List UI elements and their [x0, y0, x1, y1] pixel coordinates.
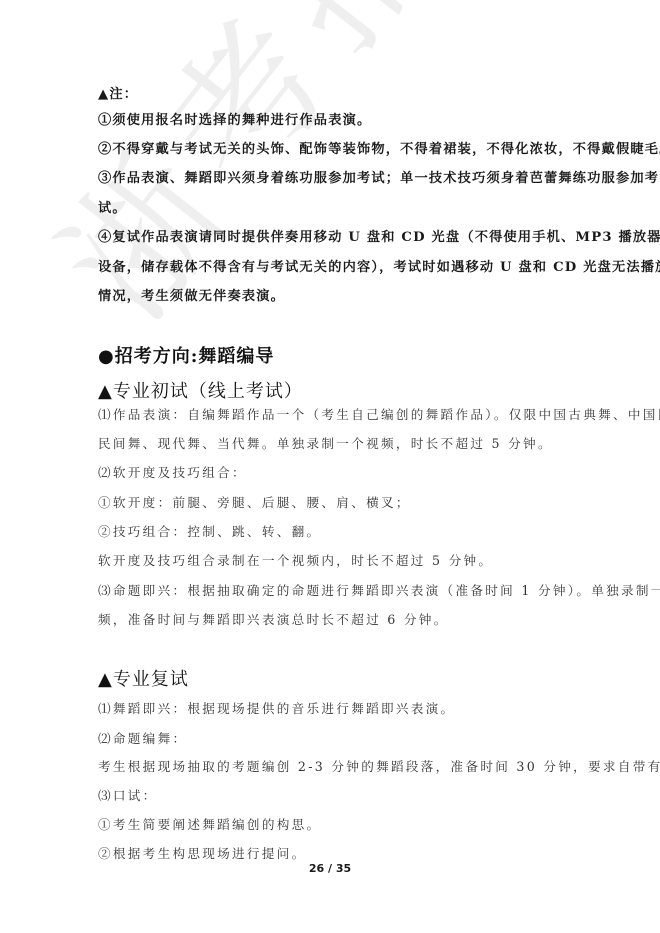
note-item: 试。 [98, 197, 127, 216]
retest-line: ⑵命题编舞： [98, 728, 187, 747]
note-item: ③作品表演、舞蹈即兴须身着练功服参加考试；单一技术技巧须身着芭蕾舞练功服参加考 [98, 167, 659, 186]
preliminary-line: ⑴作品表演：自编舞蹈作品一个（考生自己编创的舞蹈作品）。仅限中国古典舞、中国民族 [98, 404, 660, 423]
note-item: ①须使用报名时选择的舞种进行作品表演。 [98, 109, 371, 128]
page-number: 26 / 35 [0, 862, 660, 875]
notes-title: ▲注： [98, 83, 138, 102]
preliminary-line: 民间舞、现代舞、当代舞。单独录制一个视频，时长不超过 5 分钟。 [98, 433, 553, 452]
document-page: 浙考招办 ▲注： ①须使用报名时选择的舞种进行作品表演。 ②不得穿戴与考试无关的… [0, 0, 660, 933]
preliminary-line: 软开度及技巧组合录制在一个视频内，时长不超过 5 分钟。 [98, 550, 493, 569]
note-item: ④复试作品表演请同时提供伴奏用移动 U 盘和 CD 光盘（不得使用手机、MP3 … [98, 226, 660, 245]
retest-line: 考生根据现场抽取的考题编创 2-3 分钟的舞蹈段落，准备时间 30 分钟，要求自… [98, 756, 660, 775]
section-heading-retest: ▲专业复试 [98, 665, 189, 691]
note-item: 情况，考生须做无伴奏表演。 [98, 285, 285, 304]
retest-line: ⑶口试： [98, 785, 158, 804]
section-heading-direction: ●招考方向:舞蹈编导 [98, 342, 274, 368]
retest-line: ①考生简要阐述舞蹈编创的构思。 [98, 814, 321, 833]
section-heading-preliminary: ▲专业初试（线上考试） [98, 377, 303, 403]
preliminary-line: ⑶命题即兴：根据抽取确定的命题进行舞蹈即兴表演（准备时间 1 分钟）。单独录制一… [98, 580, 660, 599]
note-item: 设备，储存载体不得含有与考试无关的内容），考试时如遇移动 U 盘和 CD 光盘无… [98, 256, 660, 275]
preliminary-line: ⑵软开度及技巧组合： [98, 462, 247, 481]
note-item: ②不得穿戴与考试无关的头饰、配饰等装饰物，不得着裙装，不得化浓妆，不得戴假睫毛。 [98, 138, 660, 157]
preliminary-line: 频，准备时间与舞蹈即兴表演总时长不超过 6 分钟。 [98, 609, 449, 628]
retest-line: ②根据考生构思现场进行提问。 [98, 843, 307, 862]
preliminary-line: ①软开度：前腿、旁腿、后腿、腰、肩、横叉； [98, 492, 411, 511]
retest-line: ⑴舞蹈即兴：根据现场提供的音乐进行舞蹈即兴表演。 [98, 698, 455, 717]
preliminary-line: ②技巧组合：控制、跳、转、翻。 [98, 521, 321, 540]
